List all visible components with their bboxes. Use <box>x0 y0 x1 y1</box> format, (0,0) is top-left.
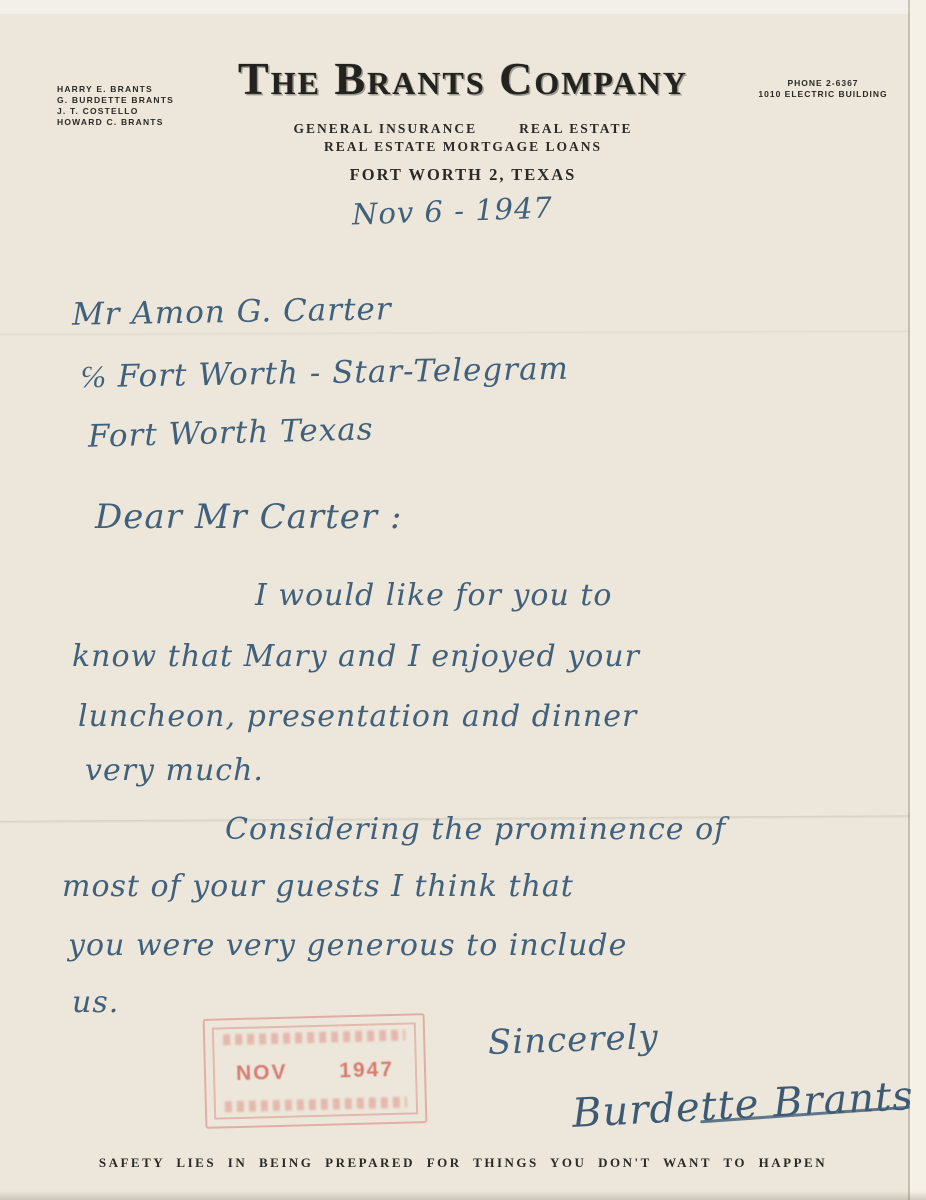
services-real-estate: REAL ESTATE <box>519 121 632 137</box>
letterhead-city-line: FORT WORTH 2, TEXAS <box>0 165 926 185</box>
building-address: 1010 ELECTRIC BUILDING <box>748 89 898 100</box>
signature: Burdette Brants <box>571 1073 915 1137</box>
letterhead-footer-slogan: SAFETY LIES IN BEING PREPARED FOR THINGS… <box>0 1155 926 1171</box>
letterhead-services-line2: REAL ESTATE MORTGAGE LOANS <box>0 139 926 155</box>
body-line: you were very generous to include <box>68 928 627 963</box>
handwritten-date: Nov 6 - 1947 <box>351 191 553 232</box>
letter-scan: HARRY E. BRANTS G. BURDETTE BRANTS J. T.… <box>0 0 926 1200</box>
body-line: very much. <box>85 753 264 788</box>
recipient-care-of: ℅ Fort Worth - Star-Telegram <box>80 351 569 396</box>
closing: Sincerely <box>487 1017 659 1063</box>
services-general-insurance: GENERAL INSURANCE <box>293 121 477 137</box>
officer-name: J. T. COSTELLO <box>57 106 174 117</box>
letterhead-contact-block: PHONE 2-6367 1010 ELECTRIC BUILDING <box>748 78 898 100</box>
letterhead-services-line1: GENERAL INSURANCE REAL ESTATE <box>0 121 926 137</box>
body-line: I would like for you to <box>255 578 612 613</box>
recipient-name: Mr Amon G. Carter <box>72 291 392 333</box>
recipient-city: Fort Worth Texas <box>88 411 374 454</box>
salutation: Dear Mr Carter : <box>95 497 402 537</box>
received-date-stamp: NOV 1947 <box>203 1013 428 1129</box>
body-line: most of your guests I think that <box>62 869 574 904</box>
body-line: luncheon, presentation and dinner <box>78 699 637 734</box>
stamp-month: NOV <box>236 1061 288 1086</box>
stamp-year: 1947 <box>339 1058 394 1083</box>
body-line: know that Mary and I enjoyed your <box>72 639 640 674</box>
body-line: Considering the prominence of <box>225 812 726 847</box>
body-line: us. <box>72 985 119 1020</box>
paper-top-light-band <box>0 0 926 14</box>
paper-bottom-shadow <box>0 1191 926 1200</box>
phone-number: PHONE 2-6367 <box>748 78 898 89</box>
